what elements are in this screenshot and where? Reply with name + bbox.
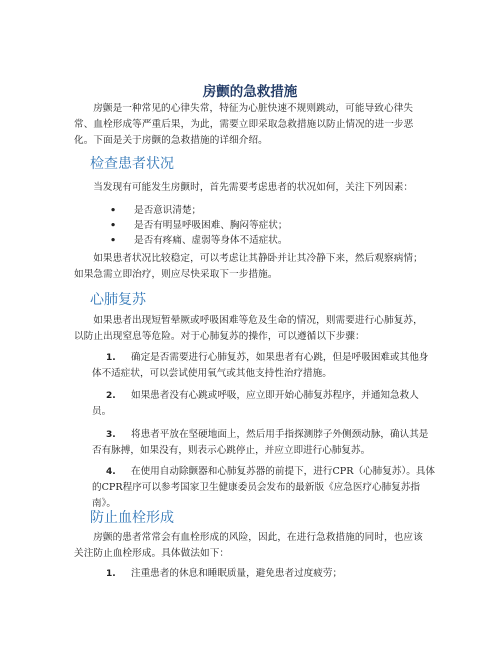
section-1-after: 如果患者状况比较稳定，可以考虑让其静卧并让其冷静下来，然后观察病情；如果急需立即… xyxy=(74,251,432,283)
numbered-step: 1.注重患者的休息和睡眠质量，避免患者过度疲劳； xyxy=(92,566,437,582)
numbered-step: 4.在使用自动除颤器和心肺复苏器的前提下，进行CPR（心肺复苏）。具体的CPR程… xyxy=(92,464,437,512)
numbered-step: 1.确定是否需要进行心肺复苏，如果患者有心跳，但是呼吸困难或其他身体不适症状，可… xyxy=(92,350,437,382)
bullet-icon: • xyxy=(110,203,130,219)
document-title: 房颤的急救措施 xyxy=(0,80,500,100)
numbered-step: 3.将患者平放在坚硬地面上，然后用手指探测脖子外侧颈动脉，确认其是否有脉搏，如果… xyxy=(92,427,437,459)
bullet-icon: • xyxy=(110,218,130,234)
numbered-step: 2.如果患者没有心跳或呼吸，应立即开始心肺复苏程序，并通知急救人员。 xyxy=(92,388,437,420)
document-page: 房颤的急救措施 房颤是一种常见的心律失常，特征为心脏快速不规则跳动，可能导致心律… xyxy=(0,0,500,647)
section-heading-check-status: 检查患者状况 xyxy=(90,153,174,173)
section-heading-cpr: 心肺复苏 xyxy=(90,289,146,309)
section-2-lead: 如果患者出现短暂晕厥或呼吸困难等危及生命的情况，则需要进行心肺复苏，以防止出现窒… xyxy=(74,313,432,345)
section-1-lead: 当发现有可能发生房颤时，首先需要考虑患者的状况如何，关注下列因素： xyxy=(74,180,432,196)
section-3-lead: 房颤的患者常常会有血栓形成的风险，因此，在进行急救措施的同时，也应该关注防止血栓… xyxy=(74,530,432,562)
bullet-icon: • xyxy=(110,233,130,249)
section-heading-prevent-thrombus: 防止血栓形成 xyxy=(90,507,174,527)
intro-paragraph: 房颤是一种常见的心律失常，特征为心脏快速不规则跳动，可能导致心律失常、血栓形成等… xyxy=(74,101,432,149)
